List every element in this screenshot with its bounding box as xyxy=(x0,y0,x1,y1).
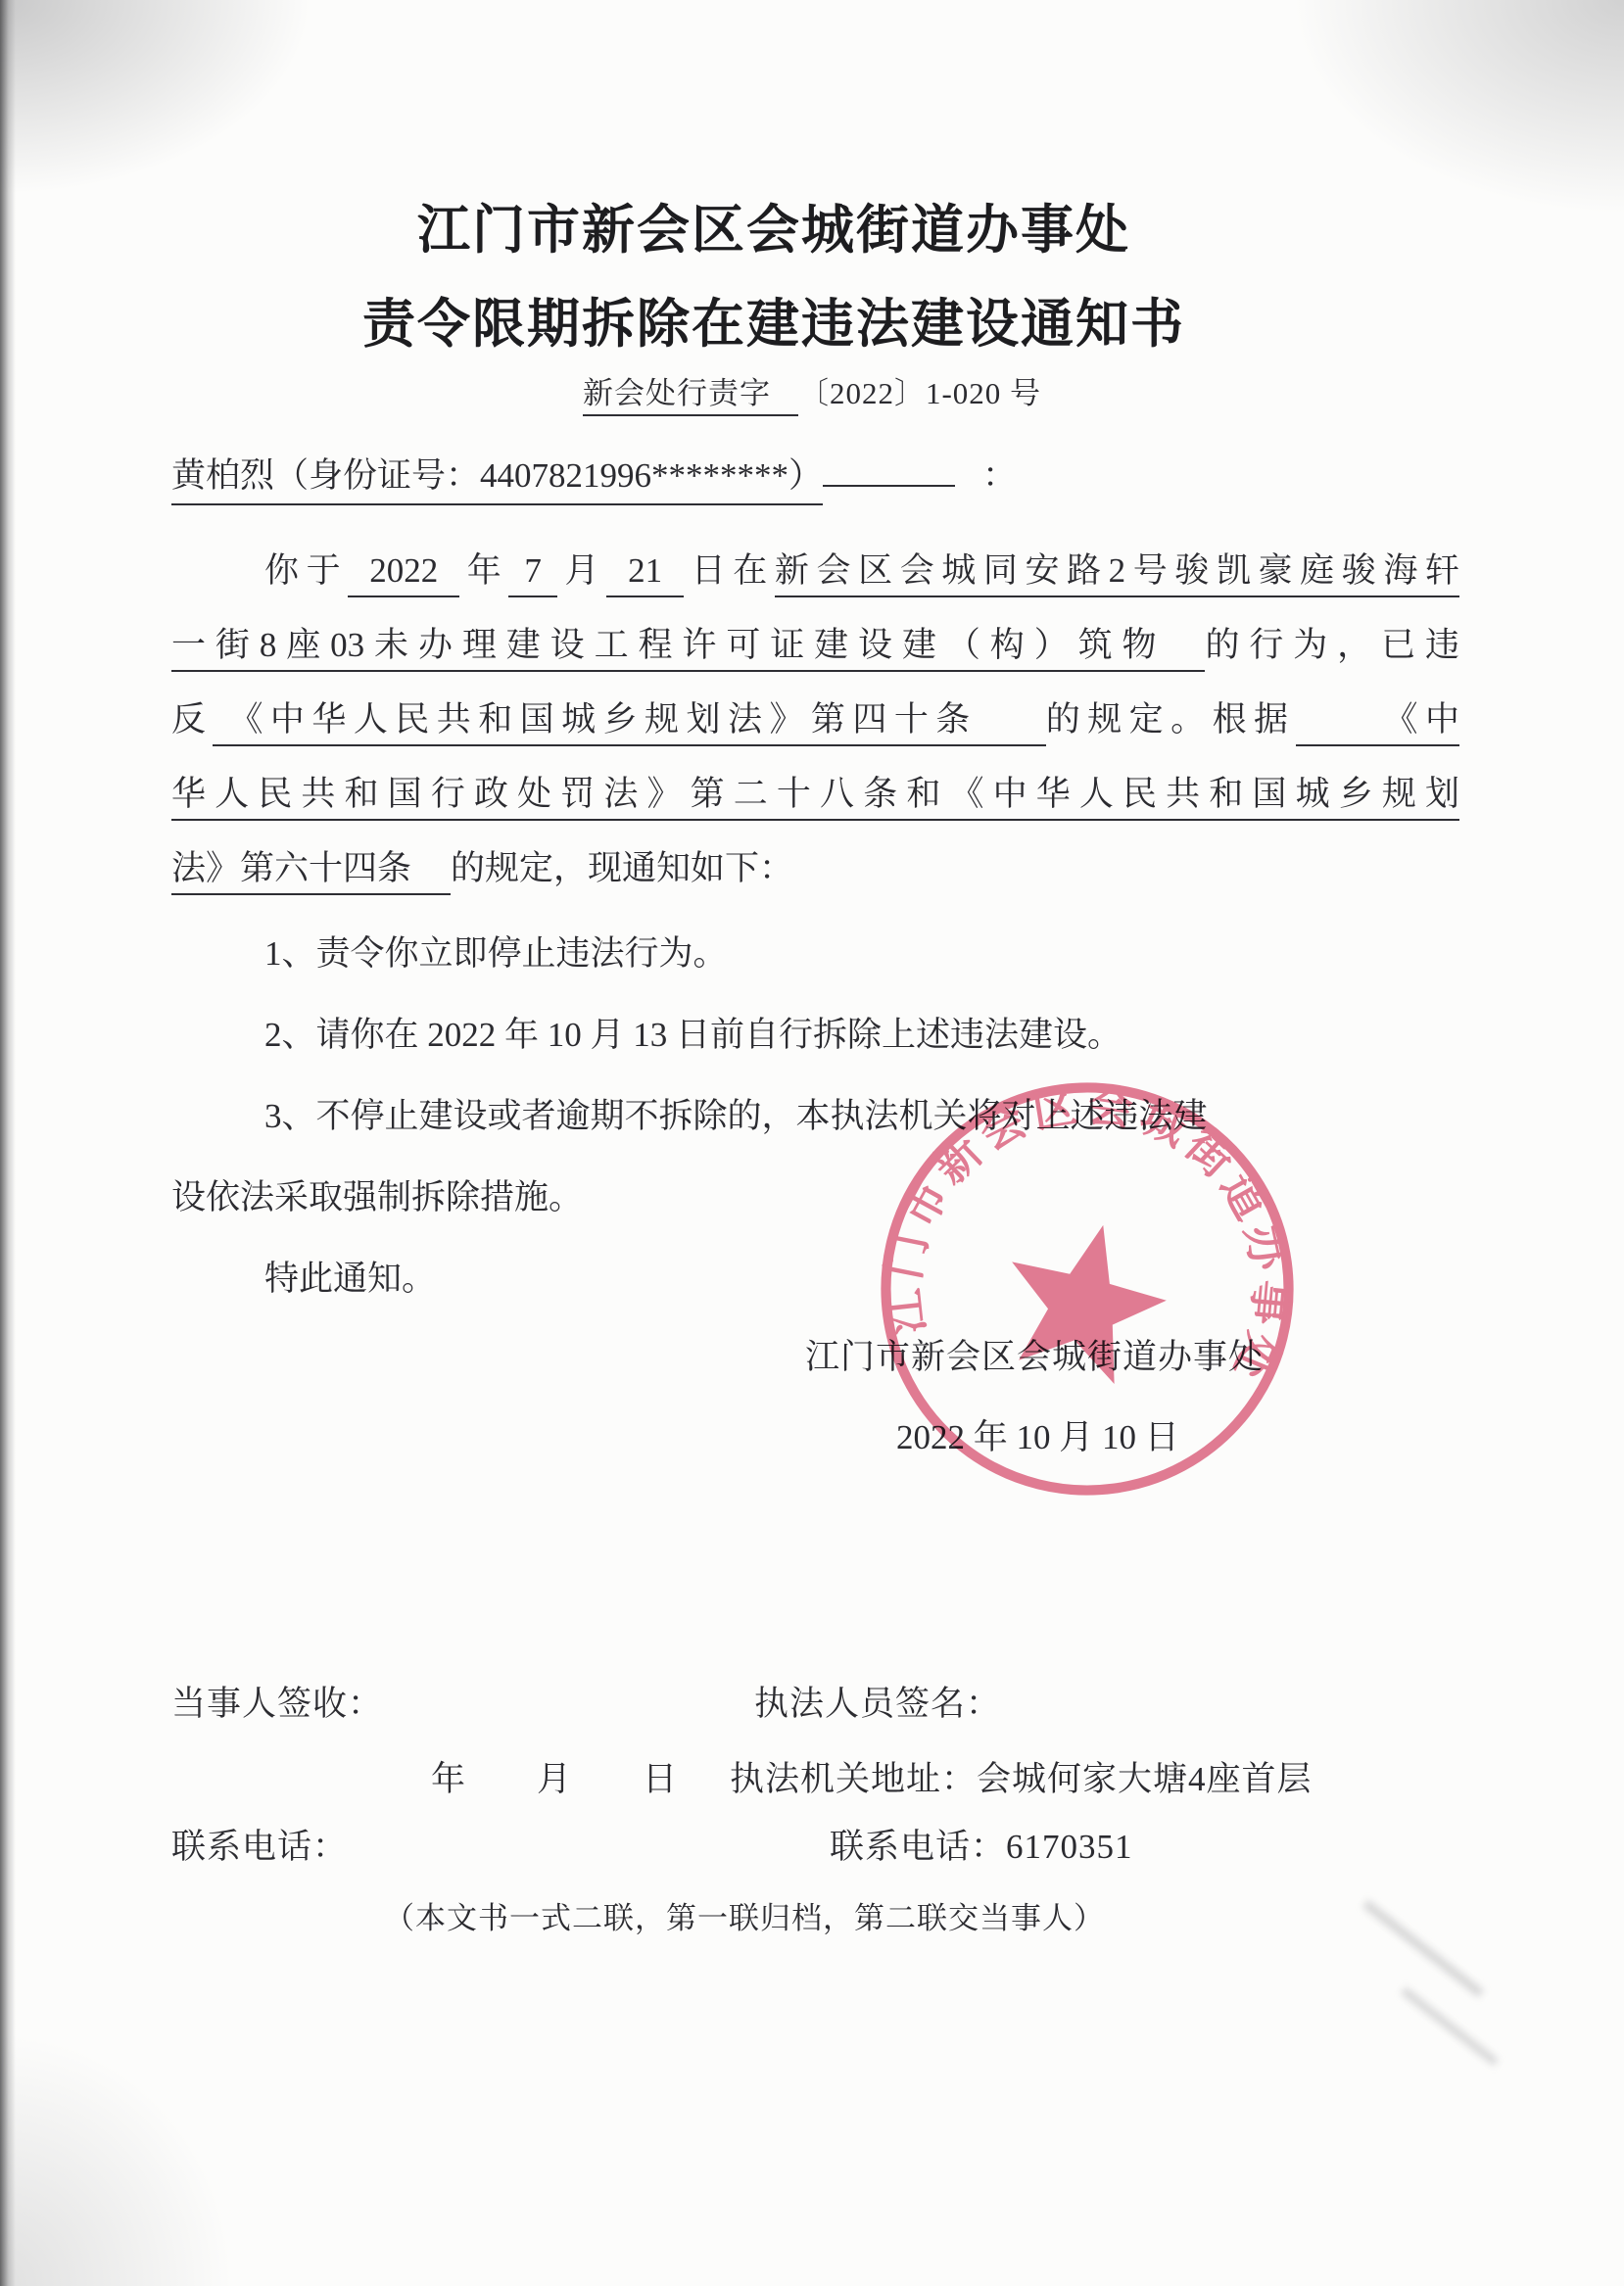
body-line-4: 华人民共和国行政处罚法》第二十八条和《中华人民共和国城乡规划 xyxy=(171,757,1459,832)
officer-sign-label: 执法人员签名： xyxy=(754,1677,1001,1726)
body-text-run: 的规定，现通知如下： xyxy=(451,849,793,887)
body-text-run: 的规定。根据 xyxy=(1046,700,1296,738)
document-title-line1: 江门市新会区会城街道办事处 xyxy=(0,188,1548,263)
notice-item-1: 1、责令你立即停止违法行为。 xyxy=(171,913,1459,994)
recipient-colon: ： xyxy=(982,449,1017,498)
doc-number-suffix: 号 xyxy=(1010,376,1041,410)
filled-field-address: 新会区会城同安路2号骏凯豪庭骏海轩 xyxy=(775,551,1459,597)
filled-field-month: 7 xyxy=(508,551,557,597)
scan-shadow-bottom-left xyxy=(0,2031,235,2286)
scan-shadow-top-left xyxy=(0,0,313,196)
copies-note: （本文书一式二联，第一联归档，第二联交当事人） xyxy=(384,1893,1105,1937)
notice-item-3-line-2: 设依法采取强制拆除措施。 xyxy=(171,1157,1459,1238)
filled-field-law-violated: 《中华人民共和国城乡规划法》第四十条 xyxy=(213,700,1045,746)
signature-date: 2022 年 10 月 10 日 xyxy=(896,1410,1179,1459)
document-number-line: 新会处行责字〔2022〕1-020 号 xyxy=(0,368,1624,412)
body-line-1: 你于2022年7月21日在新会区会城同安路2号骏凯豪庭骏海轩 xyxy=(171,534,1459,608)
scan-streak xyxy=(1401,1987,1498,2066)
notice-item-2: 2、请你在 2022 年 10 月 13 日前自行拆除上述违法建设。 xyxy=(171,994,1459,1075)
body-line-5: 法》第六十四条的规定，现通知如下： xyxy=(171,832,1459,906)
closing-phrase: 特此通知。 xyxy=(171,1238,1459,1319)
body-text-run: 你于 xyxy=(264,551,348,590)
body-text-run: 月 xyxy=(557,551,606,590)
scan-shadow-top-right xyxy=(1291,0,1624,215)
document-title-line2: 责令限期拆除在建违法建设通知书 xyxy=(0,282,1548,357)
body-line-3: 反《中华人民共和国城乡规划法》第四十条的规定。根据《中 xyxy=(171,683,1459,757)
notice-items: 1、责令你立即停止违法行为。 2、请你在 2022 年 10 月 13 日前自行… xyxy=(171,913,1459,1319)
filled-field-law-basis-end: 法》第六十四条 xyxy=(171,849,451,895)
signature-organization: 江门市新会区会城街道办事处 xyxy=(805,1330,1264,1379)
notice-body: 你于2022年7月21日在新会区会城同安路2号骏凯豪庭骏海轩 一街8座03未办理… xyxy=(171,534,1459,1319)
notice-item-3-line-1: 3、不停止建设或者逾期不拆除的，本执法机关将对上述违法建 xyxy=(171,1075,1459,1157)
recipient-line: 黄柏烈（身份证号：4407821996********） ： xyxy=(171,449,1017,505)
doc-number-value: 〔2022〕1-020 xyxy=(798,376,1001,410)
recipient-name: 黄柏烈（身份证号：4407821996********） xyxy=(171,449,823,505)
body-line-2: 一街8座03未办理建设工程许可证建设建（构）筑物的行为，已违 xyxy=(171,608,1459,683)
filled-field-law-basis-cont: 华人民共和国行政处罚法》第二十八条和《中华人民共和国城乡规划 xyxy=(171,775,1459,821)
recipient-blank-underline xyxy=(823,450,955,488)
party-phone-label: 联系电话： xyxy=(171,1820,348,1869)
filled-field-address-cont: 一街8座03未办理建设工程许可证建设建（构）筑物 xyxy=(171,626,1205,672)
body-text-run: 反 xyxy=(171,700,213,738)
party-sign-label: 当事人签收： xyxy=(171,1677,383,1726)
body-text-run: 年 xyxy=(459,551,508,590)
filled-field-year: 2022 xyxy=(348,551,459,597)
scan-streak xyxy=(1362,1900,1484,1997)
scanned-notice-document: 江门市新会区会城街道办事处 责令限期拆除在建违法建设通知书 新会处行责字〔202… xyxy=(0,0,1624,2286)
body-text-run: 日在 xyxy=(684,551,775,590)
agency-address-line: 执法机关地址：会城何家大塘4座首层 xyxy=(730,1752,1313,1801)
agency-phone-line: 联系电话：6170351 xyxy=(830,1820,1133,1869)
filled-field-day: 21 xyxy=(606,551,684,597)
doc-number-prefix: 新会处行责字 xyxy=(583,376,798,416)
date-blank-line: 年 月 日 xyxy=(431,1752,678,1801)
filled-field-law-basis: 《中 xyxy=(1296,700,1459,746)
body-text-run: 的行为，已违 xyxy=(1205,626,1459,664)
